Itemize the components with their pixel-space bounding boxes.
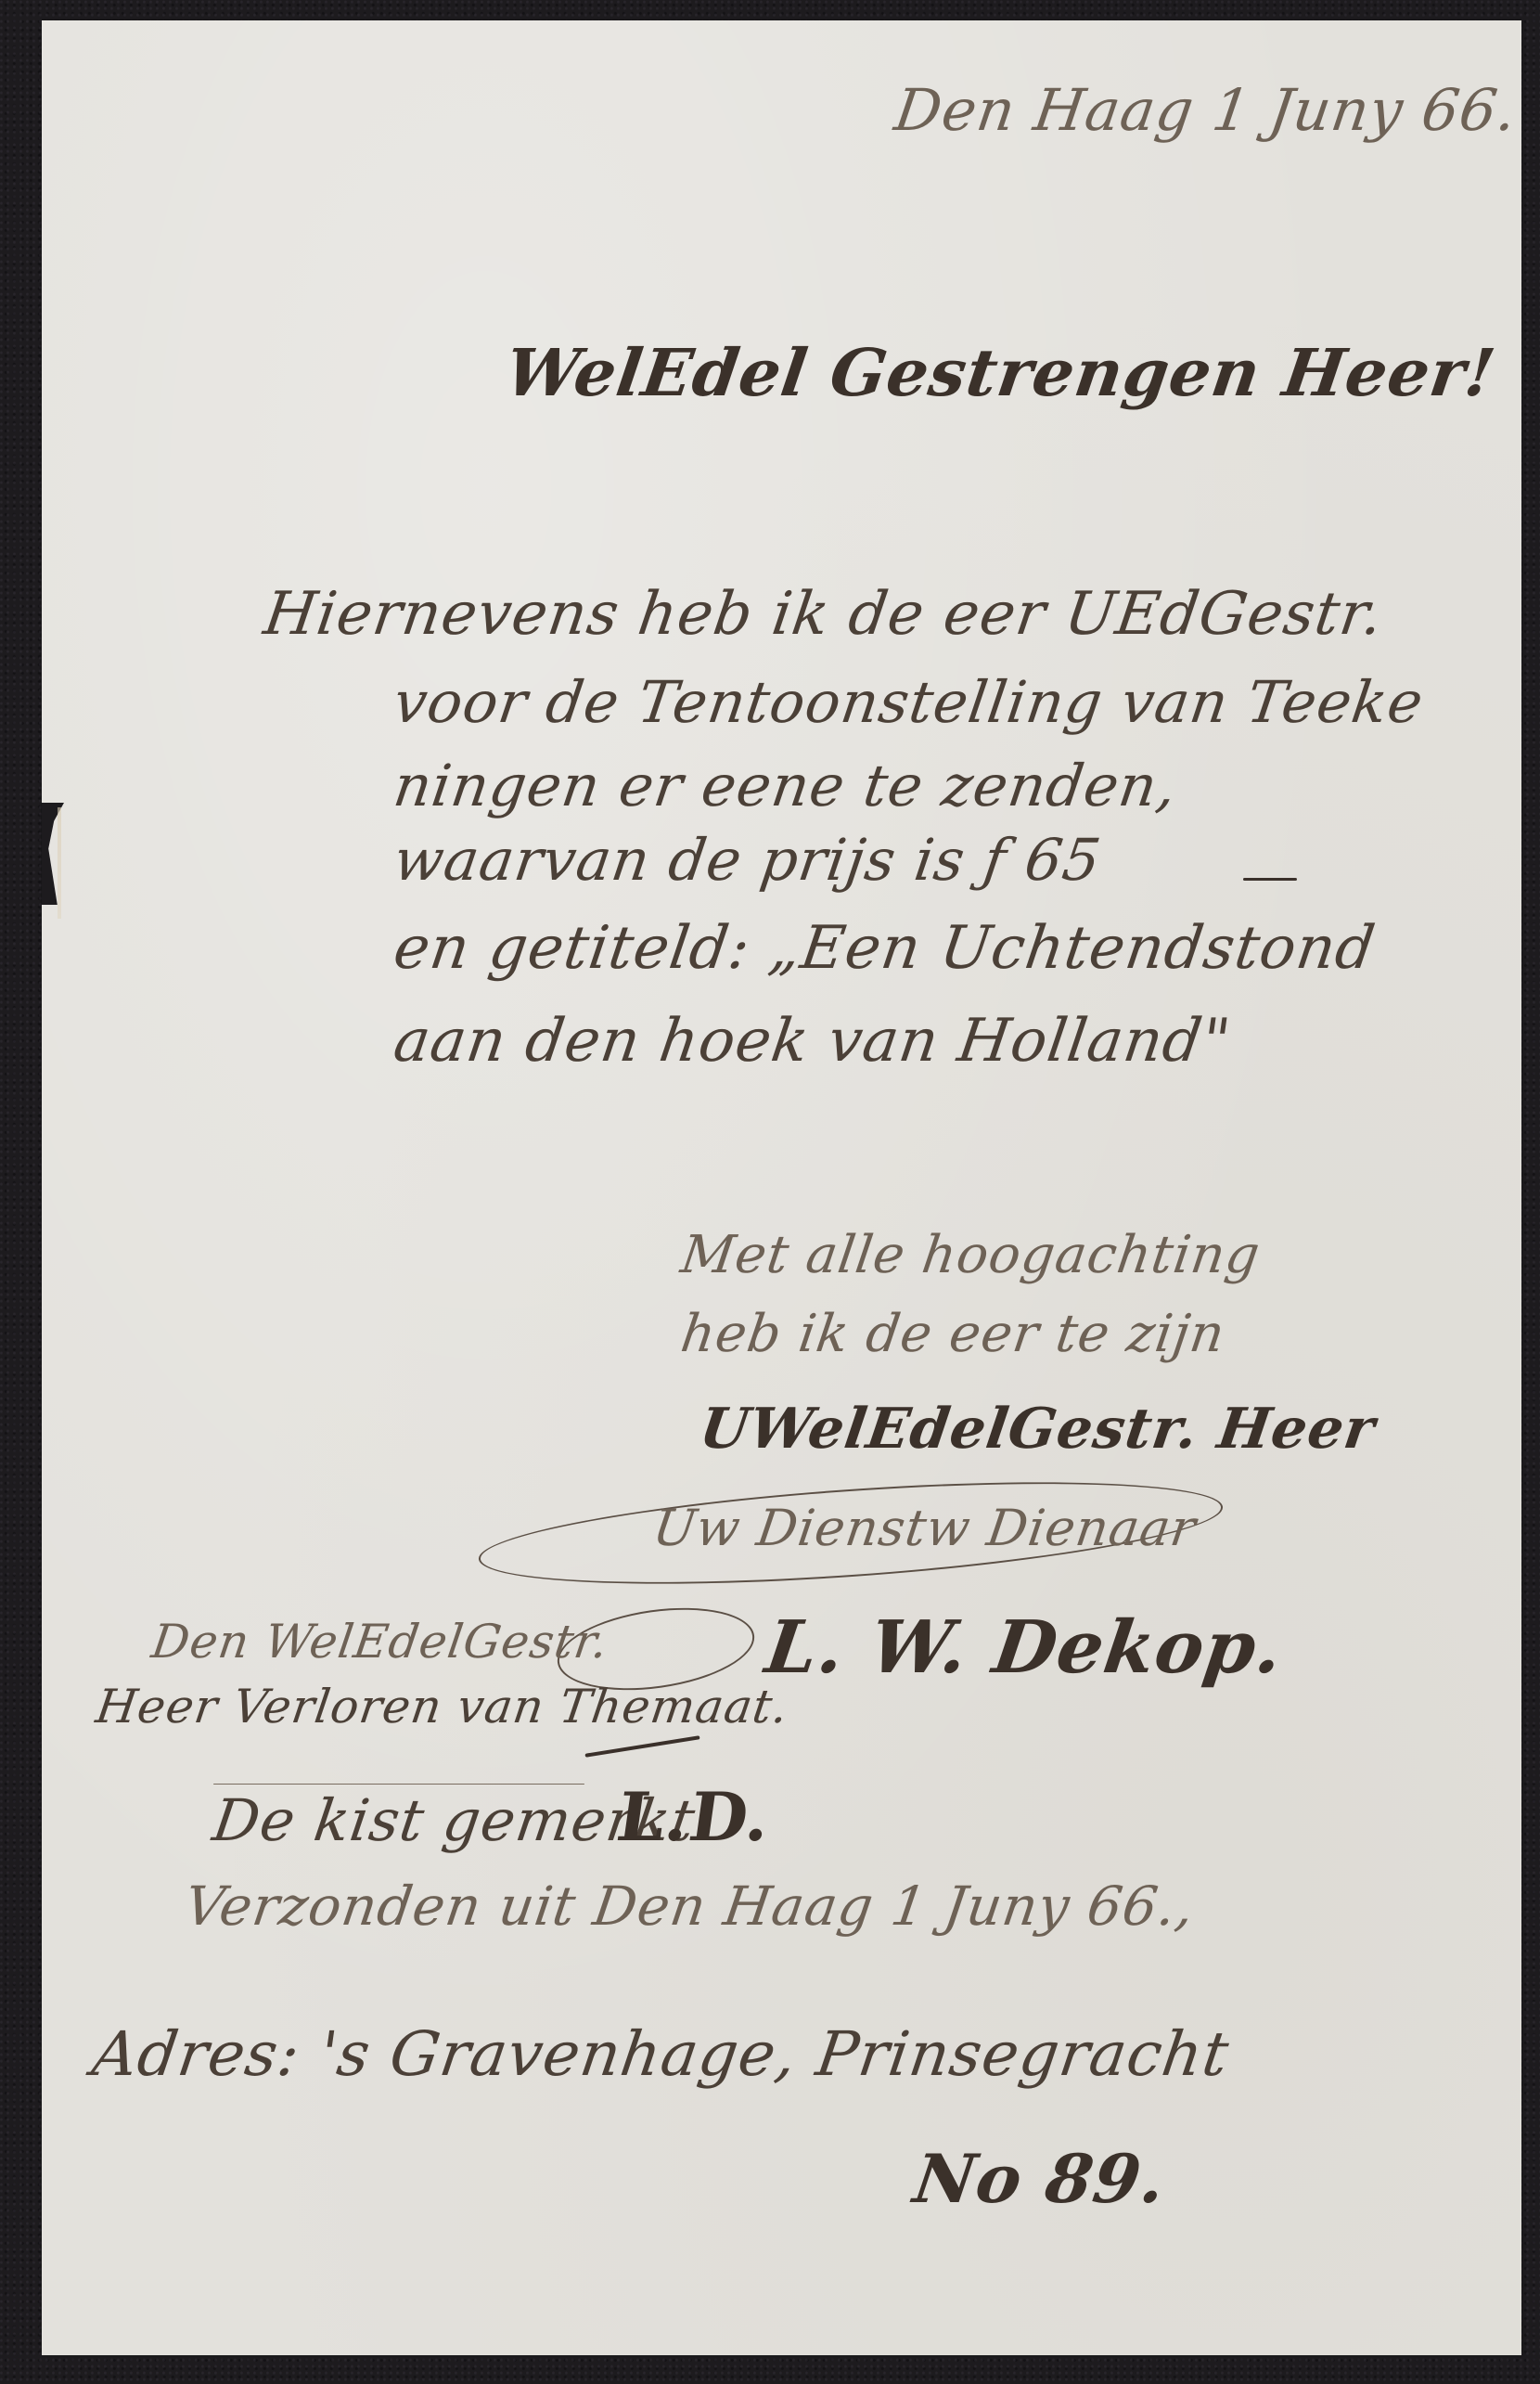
place-date: Den Haag 1 Juny 66. <box>891 76 1521 144</box>
closing-line-4: Uw Dienstw Dienaar <box>649 1499 1200 1557</box>
sender-address-line-2: No 89. <box>909 2139 1171 2218</box>
body-line-1: Hiernevens heb ik de eer UEdGestr. <box>260 580 1388 649</box>
salutation: WelEdel Gestrengen Heer! <box>501 334 1500 411</box>
body-line-3: ningen er eene te zenden, <box>390 752 1181 819</box>
closing-line-1: Met alle hoogachting <box>677 1225 1264 1285</box>
closing-line-3: UWelEdelGestr. Heer <box>696 1397 1380 1462</box>
body-line-2: voor de Tentoonstelling van Teeke <box>390 668 1428 736</box>
body-line-6-title: aan den hoek van Holland" <box>390 1007 1235 1076</box>
body-line-5-title: en getiteld: „Een Uchtendstond <box>390 914 1380 983</box>
crate-mark: L.D. <box>612 1777 776 1856</box>
sender-address-line-1: Adres: 's Gravenhage, Prinsegracht <box>88 2018 1234 2090</box>
paper-tear-stain <box>58 807 61 919</box>
shipping-line-2: Verzonden uit Den Haag 1 Juny 66., <box>181 1875 1199 1938</box>
signature: L. W. Dekop. <box>761 1605 1289 1690</box>
closing-line-2: heb ik de eer te zijn <box>677 1304 1229 1364</box>
body-line-4-price: waarvan de prijs is ƒ 65 <box>390 826 1105 894</box>
price-underline <box>1243 878 1297 881</box>
addressee-line-1: Den WelEdelGestr. <box>148 1615 611 1669</box>
addressee-underline <box>213 1784 584 1785</box>
addressee-line-2: Heer Verloren van Themaat. <box>93 1680 792 1733</box>
